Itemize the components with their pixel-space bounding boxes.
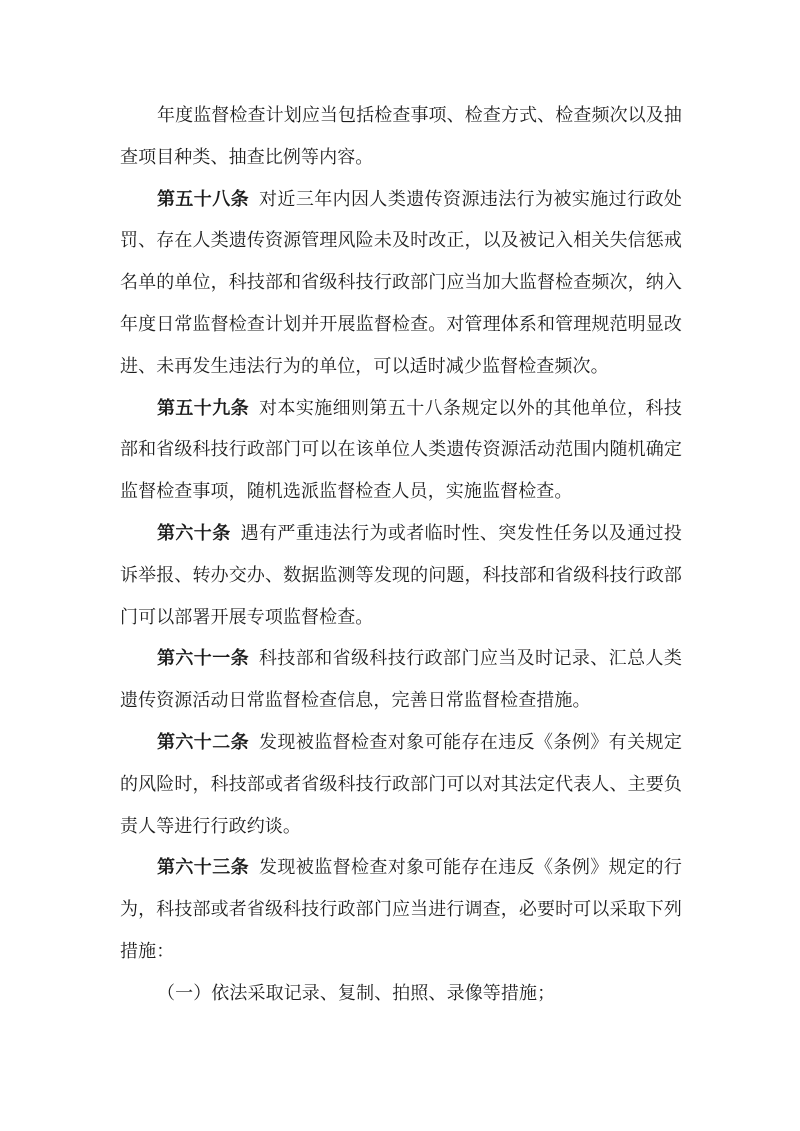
article-59-paragraph: 第五十九条对本实施细则第五十八条规定以外的其他单位，科技部和省级科技行政部门可以… — [120, 388, 682, 513]
article-61-paragraph: 第六十一条科技部和省级科技行政部门应当及时记录、汇总人类遗传资源活动日常监督检查… — [120, 638, 682, 722]
article-58-paragraph: 第五十八条对近三年内因人类遗传资源违法行为被实施过行政处罚、存在人类遗传资源管理… — [120, 179, 682, 388]
article-63-paragraph: 第六十三条发现被监督检查对象可能存在违反《条例》规定的行为，科技部或者省级科技行… — [120, 847, 682, 972]
article-62-paragraph: 第六十二条发现被监督检查对象可能存在违反《条例》有关规定的风险时，科技部或者省级… — [120, 722, 682, 847]
article-number: 第六十二条 — [157, 732, 249, 752]
document-page: 年度监督检查计划应当包括检查事项、检查方式、检查频次以及抽查项目种类、抽查比例等… — [0, 0, 800, 1131]
paragraph-text: 对近三年内因人类遗传资源违法行为被实施过行政处罚、存在人类遗传资源管理风险未及时… — [120, 189, 682, 376]
article-number: 第六十一条 — [157, 648, 249, 668]
article-number: 第六十条 — [157, 523, 231, 543]
article-number: 第五十八条 — [157, 189, 249, 209]
article-number: 第六十三条 — [157, 857, 249, 877]
intro-paragraph: 年度监督检查计划应当包括检查事项、检查方式、检查频次以及抽查项目种类、抽查比例等… — [120, 95, 682, 179]
article-number: 第五十九条 — [157, 398, 249, 418]
paragraph-text: 年度监督检查计划应当包括检查事项、检查方式、检查频次以及抽查项目种类、抽查比例等… — [120, 105, 682, 167]
paragraph-text: （一）依法采取记录、复制、拍照、录像等措施； — [157, 983, 555, 1003]
list-item-1: （一）依法采取记录、复制、拍照、录像等措施； — [120, 973, 682, 1015]
article-60-paragraph: 第六十条遇有严重违法行为或者临时性、突发性任务以及通过投诉举报、转办交办、数据监… — [120, 513, 682, 638]
document-body: 年度监督检查计划应当包括检查事项、检查方式、检查频次以及抽查项目种类、抽查比例等… — [120, 95, 682, 1015]
